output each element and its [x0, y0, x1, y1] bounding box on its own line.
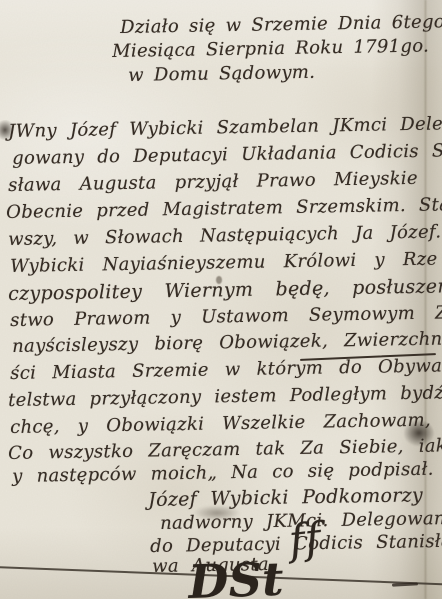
body-line-7: czypospolitey Wiernym będę, posłuszeń: [8, 275, 442, 305]
signature-line-1: Józef Wybicki Podkomorzy: [148, 484, 423, 511]
body-line-9: nayścisleyszy biorę Obowiązek, Zwierzchn…: [12, 328, 442, 358]
body-line-11: telstwa przyłączony iestem Podległym byd…: [8, 382, 442, 412]
body-line-10: ści Miasta Srzemie w którym do Obywa: [10, 355, 442, 385]
header-line-2: Miesiąca Sierpnia Roku 1791go.: [112, 35, 429, 63]
manuscript-page: Działo się w Srzemie Dnia 6tego. Miesiąc…: [0, 0, 442, 599]
body-line-4: Obecnie przed Magistratem Srzemskim. Sta…: [6, 194, 442, 224]
stray-pen-stroke: [392, 582, 418, 586]
header-line-3: w Domu Sądowym.: [128, 62, 315, 87]
header-line-1: Działo się w Srzemie Dnia 6tego.: [120, 11, 442, 39]
body-line-1: JWny Józef Wybicki Szambelan JKmci Dele: [8, 113, 442, 143]
body-line-3: sława Augusta przyjął Prawo Mieyskie: [8, 168, 418, 197]
body-line-8: stwo Prawom y Ustawom Seymowym Za: [10, 302, 442, 332]
signature-paraph-flourish: ff: [288, 527, 322, 552]
next-entry-fragment: DSt: [188, 568, 284, 593]
body-line-5: wszy, w Słowach Następuiących Ja Józef.: [8, 221, 441, 251]
body-line-2: gowany do Deputacyi Układania Codicis St…: [12, 140, 442, 170]
body-line-12: chcę, y Obowiązki Wszelkie Zachowam,: [10, 410, 431, 439]
body-line-6: Wybicki Nayiaśnieyszemu Królowi y Rze: [10, 249, 438, 278]
